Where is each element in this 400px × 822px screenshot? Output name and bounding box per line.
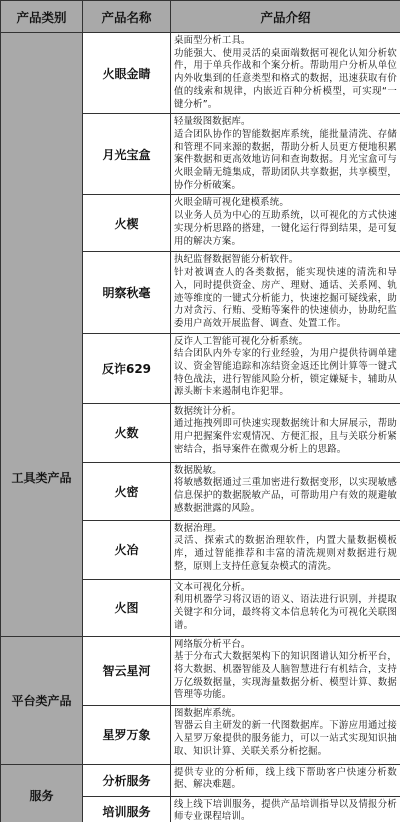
desc-body: 适合团队协作的智能数据库系统，能批量清洗、存储和管理不同来源的数据，帮助分析人员… (174, 129, 397, 193)
product-table: 产品类别 产品名称 产品介绍 工具类产品 火眼金睛 桌面型分析工具。功能强大、使… (0, 0, 400, 822)
header-product-intro: 产品介绍 (171, 1, 400, 33)
category-services: 服务 (1, 764, 83, 822)
desc-title: 执纪监督数据智能分析软件。 (174, 254, 397, 267)
product-name: 星罗万象 (83, 705, 171, 764)
desc-body: 功能强大、使用灵活的桌面端数据可视化认知分析软件，用于单兵作战和个案分析。帮助用… (174, 48, 397, 112)
product-desc: 桌面型分析工具。功能强大、使用灵活的桌面端数据可视化认知分析软件，用于单兵作战和… (171, 33, 400, 114)
product-name: 火眼金睛 (83, 33, 171, 114)
desc-body: 以业务人员为中心的互助系统，以可视化的方式快速实现分析思路的搭建，一键化运行得到… (174, 210, 397, 248)
desc-title: 反诈人工智能可视化分析系统。 (174, 336, 397, 349)
desc-title: 图数据库系统。 (174, 708, 397, 721)
product-name: 智云星河 (83, 636, 171, 705)
desc-title: 数据统计分析。 (174, 406, 397, 419)
category-platforms: 平台类产品 (1, 636, 83, 764)
desc-title: 网络版分析平台。 (174, 639, 397, 652)
product-name: 火冶 (83, 520, 171, 579)
product-desc: 轻量级图数据库。适合团队协作的智能数据库系统，能批量清洗、存储和管理不同来源的数… (171, 114, 400, 195)
product-desc: 文本可视化分析。利用机器学习将汉语的语义、语法进行识别，并提取关键字和分词，最终… (171, 579, 400, 636)
product-desc: 反诈人工智能可视化分析系统。结合团队内外专家的行业经验，为用户提供待调单建议、资… (171, 333, 400, 403)
product-name: 培训服务 (83, 796, 171, 822)
product-desc: 提供专业的分析师，线上线下帮助客户快速分析数据、解决难题。 (171, 764, 400, 796)
product-desc: 网络版分析平台。基于分布式大数据架构下的知识图谱认知分析平台，将大数据、机器智能… (171, 636, 400, 705)
product-name: 月光宝盒 (83, 114, 171, 195)
desc-body: 结合团队内外专家的行业经验，为用户提供待调单建议、资金智能追踪和冻结资金返还比例… (174, 348, 397, 399)
desc-body: 通过拖拽列即可快速实现数据统计和大屏展示，帮助用户把握案件宏观情况、方便汇报，且… (174, 418, 397, 456)
table-row: 工具类产品 火眼金睛 桌面型分析工具。功能强大、使用灵活的桌面端数据可视化认知分… (1, 33, 400, 114)
category-tools: 工具类产品 (1, 33, 83, 637)
desc-title: 桌面型分析工具。 (174, 35, 397, 48)
desc-title: 文本可视化分析。 (174, 582, 397, 595)
desc-title: 数据治理。 (174, 523, 397, 536)
product-desc: 火眼金睛可视化建模系统。以业务人员为中心的互助系统，以可视化的方式快速实现分析思… (171, 195, 400, 252)
desc-title: 轻量级图数据库。 (174, 116, 397, 129)
product-name: 反诈629 (83, 333, 171, 403)
desc-body: 利用机器学习将汉语的语义、语法进行识别，并提取关键字和分词，最终将文本信息转化为… (174, 594, 397, 632)
product-desc: 执纪监督数据智能分析软件。针对被调查人的各类数据，能实现快速的清洗和导入，同时提… (171, 252, 400, 333)
header-row: 产品类别 产品名称 产品介绍 (1, 1, 400, 33)
desc-body: 线上线下培训服务，提供产品培训指导以及情报分析师专业课程培训。 (174, 799, 397, 822)
product-name: 火楔 (83, 195, 171, 252)
desc-title: 火眼金睛可视化建模系统。 (174, 197, 397, 210)
product-desc: 图数据库系统。智器云自主研发的新一代图数据库。下游应用通过接入星罗万象提供的服务… (171, 705, 400, 764)
desc-body: 提供专业的分析师，线上线下帮助客户快速分析数据、解决难题。 (174, 767, 397, 792)
desc-title: 数据脱敏。 (174, 465, 397, 478)
product-desc: 数据治理。灵活、探索式的数据治理软件，内置大量数据模板库，通过智能推荐和丰富的清… (171, 520, 400, 579)
product-desc: 数据统计分析。通过拖拽列即可快速实现数据统计和大屏展示，帮助用户把握案件宏观情况… (171, 403, 400, 462)
table-row: 平台类产品 智云星河 网络版分析平台。基于分布式大数据架构下的知识图谱认知分析平… (1, 636, 400, 705)
desc-body: 针对被调查人的各类数据，能实现快速的清洗和导入，同时提供资金、房产、理财、通话、… (174, 267, 397, 331)
desc-body: 基于分布式大数据架构下的知识图谱认知分析平台，将大数据、机器智能及人脑智慧进行有… (174, 651, 397, 702)
product-name: 火密 (83, 462, 171, 520)
product-name: 分析服务 (83, 764, 171, 796)
product-name: 火数 (83, 403, 171, 462)
product-name: 明察秋毫 (83, 252, 171, 333)
table-row: 服务 分析服务 提供专业的分析师，线上线下帮助客户快速分析数据、解决难题。 (1, 764, 400, 796)
product-desc: 数据脱敏。将敏感数据通过三重加密进行数据变形，以实现敏感信息保护的数据脱敏产品，… (171, 462, 400, 520)
desc-body: 灵活、探索式的数据治理软件，内置大量数据模板库，通过智能推荐和丰富的清洗规则对数… (174, 535, 397, 573)
header-product-name: 产品名称 (83, 1, 171, 33)
product-desc: 线上线下培训服务，提供产品培训指导以及情报分析师专业课程培训。 (171, 796, 400, 822)
product-name: 火图 (83, 579, 171, 636)
desc-body: 智器云自主研发的新一代图数据库。下游应用通过接入星罗万象提供的服务能力，可以一站… (174, 720, 397, 758)
header-category: 产品类别 (1, 1, 83, 33)
desc-body: 将敏感数据通过三重加密进行数据变形，以实现敏感信息保护的数据脱敏产品，可帮助用户… (174, 477, 397, 515)
